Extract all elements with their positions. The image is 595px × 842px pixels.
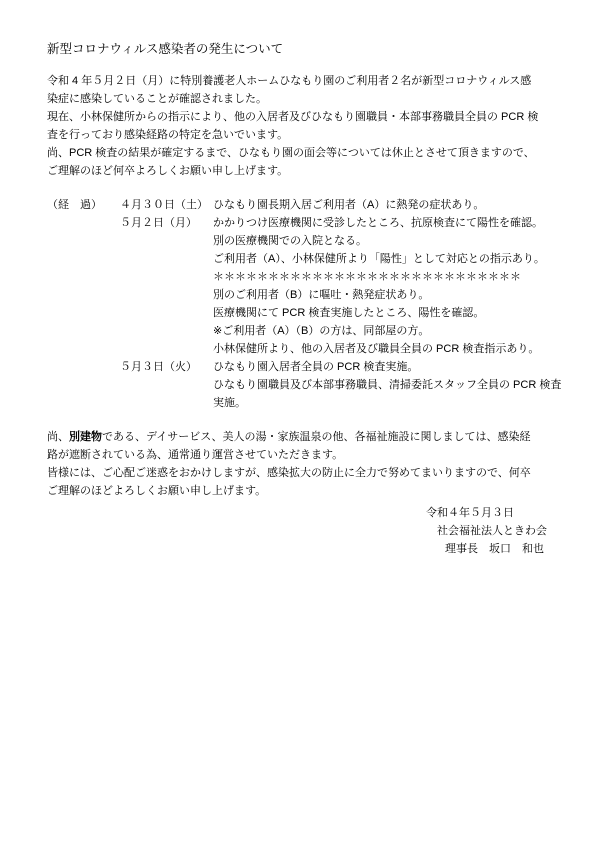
timeline-line: 小林保健所より、他の入居者及び職員全員の PCR 検査指示あり。 — [213, 340, 550, 358]
closing-line: 尚、別建物である、デイサービス、美人の湯・家族温泉の他、各福祉施設に関しましては… — [47, 428, 550, 446]
signature-date: 令和４年５月３日 — [47, 504, 550, 522]
closing-paragraph: 尚、別建物である、デイサービス、美人の湯・家族温泉の他、各福祉施設に関しましては… — [47, 428, 550, 500]
closing-line: 路が遮断されている為、通常通り運営させていただきます。 — [47, 446, 550, 464]
timeline-line: かかりつけ医療機関に受診したところ、抗原検査にて陽性を確認。 — [213, 214, 550, 232]
timeline-row: ５月３日（火） ひなもり園入居者全員の PCR 検査実施。 ひなもり園職員及び本… — [47, 358, 550, 412]
closing-line-prefix: 尚、 — [47, 431, 69, 443]
intro-line: 査を行っており感染経路の特定を急いでいます。 — [47, 126, 550, 144]
closing-line: ご理解のほどよろしくお願い申し上げます。 — [47, 482, 550, 500]
timeline-description: かかりつけ医療機関に受診したところ、抗原検査にて陽性を確認。 別の医療機関での入… — [213, 214, 550, 358]
timeline-line: ご利用者（A）、小林保健所より「陽性」として対応との指示あり。 — [213, 250, 550, 268]
document-page: 新型コロナウィルス感染者の発生について 令和 4 年５月２日（月）に特別養護老人… — [0, 0, 595, 842]
timeline-line: ※ご利用者（A）（B）の方は、同部屋の方。 — [213, 322, 550, 340]
closing-line: 皆様には、ご心配ご迷惑をおかけしますが、感染拡大の防止に全力で努めてまいりますの… — [47, 464, 550, 482]
closing-line-bold-term: 別建物 — [69, 431, 102, 443]
timeline-row: ５月２日（月） かかりつけ医療機関に受診したところ、抗原検査にて陽性を確認。 別… — [47, 214, 550, 358]
timeline-line: 別の医療機関での入院となる。 — [213, 232, 550, 250]
signature-name: 理事長 坂口 和也 — [47, 540, 550, 558]
intro-line: 染症に感染していることが確認されました。 — [47, 90, 550, 108]
timeline-date: ４月３０日（土） — [120, 196, 213, 214]
timeline-line: ひなもり園職員及び本部事務職員、清掃委託スタッフ全員の PCR 検査 — [213, 376, 550, 394]
timeline-description: ひなもり園入居者全員の PCR 検査実施。 ひなもり園職員及び本部事務職員、清掃… — [213, 358, 550, 412]
intro-line: 令和 4 年５月２日（月）に特別養護老人ホームひなもり園のご利用者２名が新型コロ… — [47, 72, 550, 90]
timeline-line: ひなもり園長期入居ご利用者（A）に熱発の症状あり。 — [213, 196, 550, 214]
timeline-date: ５月２日（月） — [120, 214, 213, 232]
timeline-line: ＊＊＊＊＊＊＊＊＊＊＊＊＊＊＊＊＊＊＊＊＊＊＊＊＊＊＊＊ — [213, 268, 550, 286]
signature-block: 令和４年５月３日 社会福祉法人ときわ会 理事長 坂口 和也 — [47, 504, 550, 558]
closing-line-rest: である、デイサービス、美人の湯・家族温泉の他、各福祉施設に関しましては、感染経 — [102, 431, 531, 443]
timeline-line: 実施。 — [213, 394, 550, 412]
intro-line: ご理解のほど何卒よろしくお願い申し上げます。 — [47, 162, 550, 180]
timeline-label: （経 過） — [47, 196, 120, 214]
timeline-row: （経 過） ４月３０日（土） ひなもり園長期入居ご利用者（A）に熱発の症状あり。 — [47, 196, 550, 214]
timeline-date: ５月３日（火） — [120, 358, 213, 376]
timeline-description: ひなもり園長期入居ご利用者（A）に熱発の症状あり。 — [213, 196, 550, 214]
document-title: 新型コロナウィルス感染者の発生について — [47, 40, 550, 58]
timeline-line: 医療機関にて PCR 検査実施したところ、陽性を確認。 — [213, 304, 550, 322]
intro-line: 尚、PCR 検査の結果が確定するまで、ひなもり園の面会等については休止とさせて頂… — [47, 144, 550, 162]
intro-paragraph: 令和 4 年５月２日（月）に特別養護老人ホームひなもり園のご利用者２名が新型コロ… — [47, 72, 550, 180]
intro-line: 現在、小林保健所からの指示により、他の入居者及びひなもり園職員・本部事務職員全員… — [47, 108, 550, 126]
timeline-line: 別のご利用者（B）に嘔吐・熱発症状あり。 — [213, 286, 550, 304]
signature-organization: 社会福祉法人ときわ会 — [47, 522, 550, 540]
timeline-section: （経 過） ４月３０日（土） ひなもり園長期入居ご利用者（A）に熱発の症状あり。… — [47, 196, 550, 412]
timeline-line: ひなもり園入居者全員の PCR 検査実施。 — [213, 358, 550, 376]
